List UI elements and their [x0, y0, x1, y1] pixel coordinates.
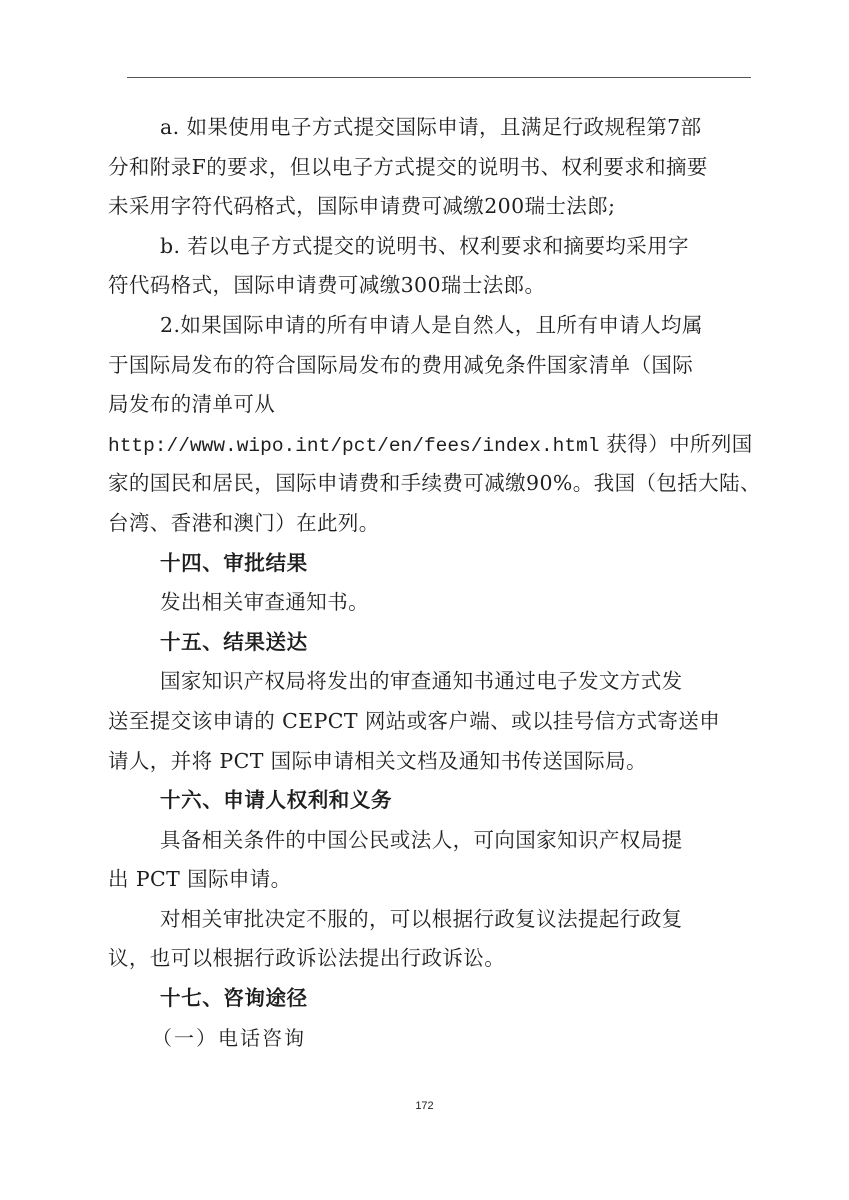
item-a-line-2: 分和附录F的要求，但以电子方式提交的说明书、权利要求和摘要 — [108, 148, 756, 188]
section-applicant-rights-line-3: 对相关审批决定不服的，可以根据行政复议法提起行政复 — [108, 900, 756, 940]
section-heading-result-delivery: 十五、结果送达 — [108, 623, 756, 663]
item-a-line-1: a. 如果使用电子方式提交国际申请，且满足行政规程第7部 — [108, 108, 756, 148]
header-rule — [127, 77, 751, 78]
section-result-delivery-line-2: 送至提交该申请的 CEPCT 网站或客户端、或以挂号信方式寄送申 — [108, 702, 756, 742]
subsection-phone-consultation: （一）电话咨询 — [108, 1019, 756, 1059]
section-result-delivery-line-1: 国家知识产权局将发出的审查通知书通过电子发文方式发 — [108, 662, 756, 702]
wipo-fees-url[interactable]: http://www.wipo.int/pct/en/fees/index.ht… — [108, 435, 599, 457]
item-2-line-2: 于国际局发布的符合国际局发布的费用减免条件国家清单（国际 — [108, 346, 756, 386]
page-number: 172 — [0, 1100, 849, 1112]
page-body: a. 如果使用电子方式提交国际申请，且满足行政规程第7部 分和附录F的要求，但以… — [108, 108, 756, 1058]
item-b-line-1: b. 若以电子方式提交的说明书、权利要求和摘要均采用字 — [108, 227, 756, 267]
section-heading-applicant-rights: 十六、申请人权利和义务 — [108, 781, 756, 821]
section-applicant-rights-line-2: 出 PCT 国际申请。 — [108, 860, 756, 900]
section-applicant-rights-line-4: 议，也可以根据行政诉讼法提出行政诉讼。 — [108, 939, 756, 979]
section-approval-result-line-1: 发出相关审查通知书。 — [108, 583, 756, 623]
section-heading-approval-result: 十四、审批结果 — [108, 544, 756, 584]
item-a-line-3: 未采用字符代码格式，国际申请费可减缴200瑞士法郎; — [108, 187, 756, 227]
item-b-line-2: 符代码格式，国际申请费可减缴300瑞士法郎。 — [108, 266, 756, 306]
item-2-line-1: 2.如果国际申请的所有申请人是自然人，且所有申请人均属 — [108, 306, 756, 346]
item-2-line-4: http://www.wipo.int/pct/en/fees/index.ht… — [108, 425, 756, 465]
item-2-line-3: 局发布的清单可从 — [108, 385, 756, 425]
item-2-line-4-rest: 获得）中所列国 — [599, 432, 752, 456]
section-heading-consultation: 十七、咨询途径 — [108, 979, 756, 1019]
section-result-delivery-line-3: 请人，并将 PCT 国际申请相关文档及通知书传送国际局。 — [108, 742, 756, 782]
section-applicant-rights-line-1: 具备相关条件的中国公民或法人，可向国家知识产权局提 — [108, 821, 756, 861]
item-2-line-6: 台湾、香港和澳门）在此列。 — [108, 504, 756, 544]
item-2-line-5: 家的国民和居民，国际申请费和手续费可减缴90%。我国（包括大陆、 — [108, 464, 756, 504]
